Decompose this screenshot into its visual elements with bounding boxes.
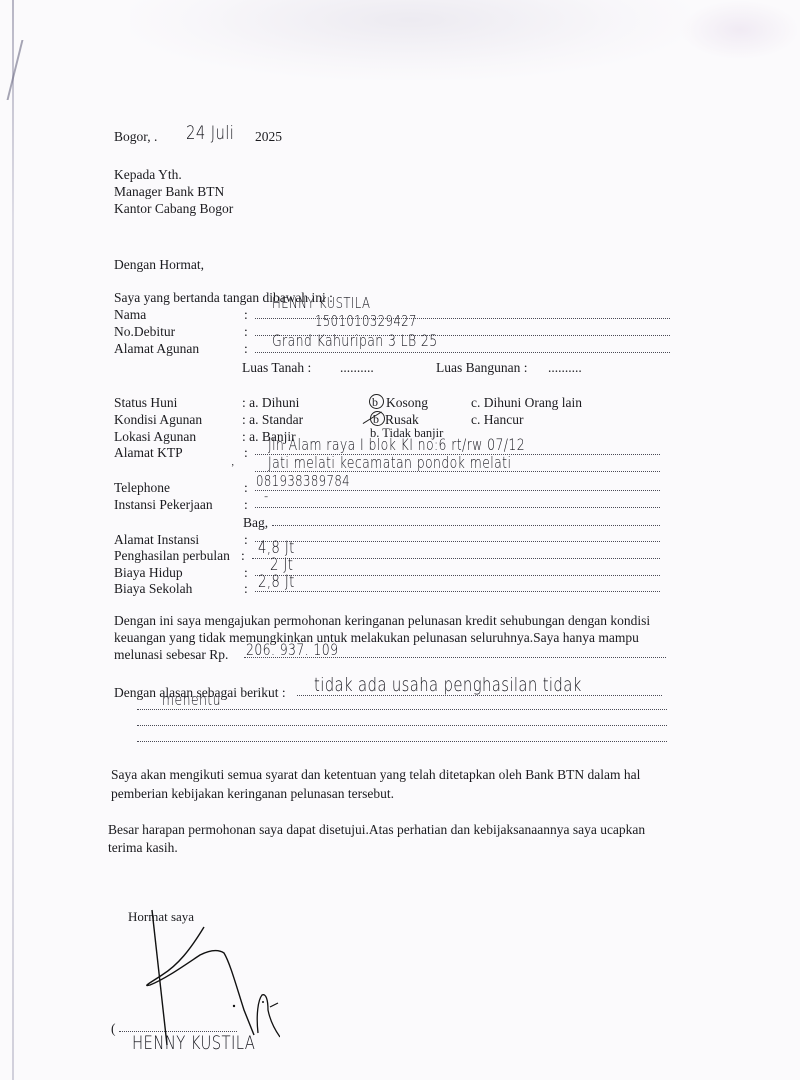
luas-tanah-value[interactable]: .......... [340, 361, 374, 375]
instansi-pekerjaan-label: Instansi Pekerjaan [114, 498, 213, 512]
no-debitur-label: No.Debitur [114, 325, 175, 339]
closing-p2-line-1: Besar harapan permohonan saya dapat dise… [108, 823, 645, 837]
closing-p2-line-2: terima kasih. [108, 841, 178, 855]
status-huni-option-b[interactable]: Kosong [386, 396, 428, 410]
closing-p1-line-2: pemberian kebijakan keringanan pelunasan… [111, 787, 394, 801]
telephone-label: Telephone [114, 481, 170, 495]
kondisi-agunan-option-c[interactable]: c. Hancur [471, 413, 523, 427]
colon: : [244, 566, 248, 580]
alamat-ktp-value-2[interactable]: Jati melati kecamatan pondok melati [268, 455, 511, 471]
reason-line-4[interactable] [137, 741, 667, 742]
luas-tanah-label: Luas Tanah : [242, 361, 311, 375]
reason-line-2 [137, 709, 667, 710]
status-huni-option-a[interactable]: : a. Dihuni [242, 396, 299, 410]
option-text: a. Standar [249, 412, 303, 427]
date-handwritten: 24 Juli [186, 124, 234, 143]
greeting: Dengan Hormat, [114, 258, 204, 272]
instansi-pekerjaan-line [255, 507, 660, 508]
alamat-agunan-label: Alamat Agunan [114, 342, 199, 356]
bagian-line[interactable] [272, 525, 660, 526]
alamat-agunan-value[interactable]: Grand Kahuripan 3 LB 25 [272, 333, 438, 349]
year-label: 2025 [255, 130, 282, 144]
option-text: a. Dihuni [249, 395, 299, 410]
biaya-hidup-line [255, 575, 660, 576]
amount-value[interactable]: 206. 937. 109 [246, 642, 338, 658]
biaya-sekolah-line [255, 591, 660, 592]
status-huni-option-b-letter[interactable]: b [372, 396, 378, 408]
nama-label: Nama [114, 308, 146, 322]
reason-line-3[interactable] [137, 725, 667, 726]
kondisi-agunan-label: Kondisi Agunan [114, 413, 202, 427]
penghasilan-label: Penghasilan perbulan [114, 549, 230, 563]
biaya-sekolah-value[interactable]: 2,8 Jt [258, 574, 295, 591]
colon: : [241, 549, 245, 563]
biaya-hidup-label: Biaya Hidup [114, 566, 183, 580]
lokasi-agunan-label: Lokasi Agunan [114, 430, 196, 444]
kondisi-agunan-option-b[interactable]: Rusak [385, 413, 419, 427]
colon: : [244, 582, 248, 596]
reason-value-1[interactable]: tidak ada usaha penghasilan tidak [314, 676, 582, 695]
biaya-sekolah-label: Biaya Sekolah [114, 582, 192, 596]
colon: : [244, 498, 248, 512]
colon: : [244, 446, 248, 460]
alamat-ktp-label: Alamat KTP [114, 446, 183, 460]
colon: : [244, 533, 248, 547]
colon: : [244, 481, 248, 495]
telephone-line [255, 490, 660, 491]
luas-bangunan-value[interactable]: .......... [548, 361, 582, 375]
colon: : [244, 342, 248, 356]
paper-edge [12, 0, 14, 1080]
signature-name: HENNY KUSTILA [132, 1034, 255, 1053]
alamat-agunan-line [255, 352, 670, 353]
no-debitur-value[interactable]: 1501010329427 [315, 314, 417, 329]
telephone-value[interactable]: 081938389784 [256, 474, 350, 489]
stray-mark: ’ [231, 464, 234, 474]
closing-p1-line-1: Saya akan mengikuti semua syarat dan ket… [111, 768, 640, 782]
colon: : [244, 325, 248, 339]
alamat-instansi-label: Alamat Instansi [114, 533, 199, 547]
status-huni-label: Status Huni [114, 396, 177, 410]
kondisi-agunan-option-a[interactable]: : a. Standar [242, 413, 303, 427]
luas-bangunan-label: Luas Bangunan : [436, 361, 527, 375]
recipient-line-2: Manager Bank BTN [114, 185, 224, 199]
alamat-ktp-value-1[interactable]: Jln Alam raya I blok KI no:6 rt/rw 07/12 [268, 437, 525, 453]
nama-value[interactable]: HENNY KUSTILA [272, 296, 370, 311]
request-line-2: keuangan yang tidak memungkinkan untuk m… [114, 631, 639, 645]
bagian-label: Bag, [243, 516, 268, 530]
kondisi-agunan-option-b-letter[interactable]: b [373, 413, 379, 425]
scan-shadow-corner [680, 0, 800, 60]
request-line-1: Dengan ini saya mengajukan permohonan ke… [114, 614, 650, 628]
instansi-pekerjaan-value[interactable]: - [264, 489, 269, 504]
signature-open-paren: ( [111, 1022, 116, 1036]
penghasilan-line [252, 558, 660, 559]
alamat-instansi-line[interactable] [255, 541, 660, 542]
scan-shadow [130, 0, 690, 80]
request-amount-label: melunasi sebesar Rp. [114, 648, 228, 662]
reason-value-2[interactable]: menentu [162, 692, 221, 708]
place-label: Bogor, . [114, 130, 157, 144]
status-huni-option-c[interactable]: c. Dihuni Orang lain [471, 396, 582, 410]
colon: : [244, 308, 248, 322]
recipient-line-3: Kantor Cabang Bogor [114, 202, 233, 216]
recipient-line-1: Kepada Yth. [114, 168, 182, 182]
